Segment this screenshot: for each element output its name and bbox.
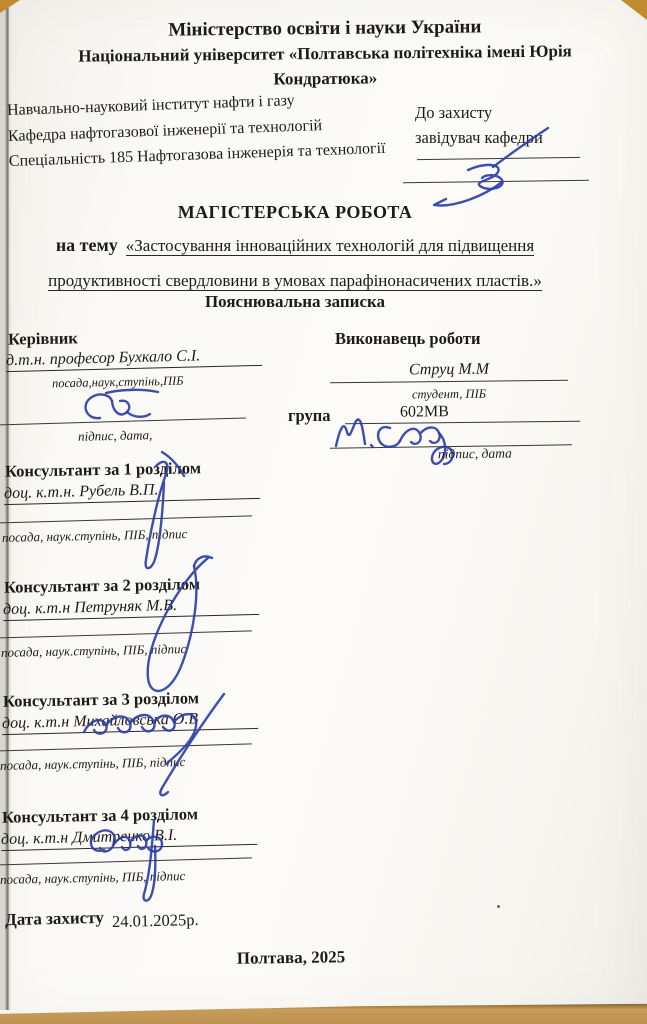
defense-date-value: 24.01.2025р. (112, 910, 199, 932)
executor-sign-caption: підпис, дата (438, 446, 512, 463)
paper-speck (497, 905, 500, 908)
executor-name: Струц М.М (330, 360, 568, 383)
defense-date-label: Дата захисту (5, 908, 104, 930)
approval-line1: До захисту (415, 100, 615, 125)
group-label: група (288, 406, 330, 426)
executor-label: Виконавець роботи (335, 329, 481, 349)
work-type-title: МАГІСТЕРСЬКА РОБОТА (0, 202, 590, 223)
approval-line2: завідувач кафедри (415, 125, 615, 150)
university-name-line1: Національний університет «Полтавська пол… (10, 40, 640, 69)
consultant-1-title: Консультант за 1 розділом (5, 458, 201, 481)
consultant-4-title: Консультант за 4 розділом (2, 804, 198, 827)
topic-text-2: продуктивності свердловини в умовах пара… (48, 271, 542, 291)
topic-line-2: продуктивності свердловини в умовах пара… (0, 271, 590, 291)
institute-block: Навчально-науковий інститут нафти і газу… (7, 84, 409, 174)
supervisor-label: Керівник (8, 328, 78, 349)
document-subtitle: Пояснювальна записка (0, 292, 590, 312)
topic-text-1: «Застосування інноваційних технологій дл… (126, 236, 534, 256)
ministry-title: Міністерство освіти і науки України (10, 15, 640, 44)
group-value: 602МВ (345, 402, 580, 424)
consultant-2-title: Консультант за 2 розділом (4, 574, 200, 597)
topic-label: на тему (56, 235, 118, 255)
supervisor-name-caption: посада,наук,ступінь,ПІБ (52, 374, 184, 392)
header-block: Міністерство освіти і науки України Наці… (10, 0, 641, 93)
topic-line-1: на тему«Застосування інноваційних технол… (0, 235, 590, 256)
executor-name-caption: студент, ПІБ (330, 386, 568, 403)
supervisor-sign-caption: підпис, дата, (78, 427, 153, 445)
consultant-3-title: Консультант за 3 розділом (3, 688, 199, 711)
scanned-thesis-title-page: { "doc": { "ministry": "Міністерство осв… (0, 0, 647, 1024)
approval-block: До захисту завідувач кафедри (415, 100, 615, 150)
